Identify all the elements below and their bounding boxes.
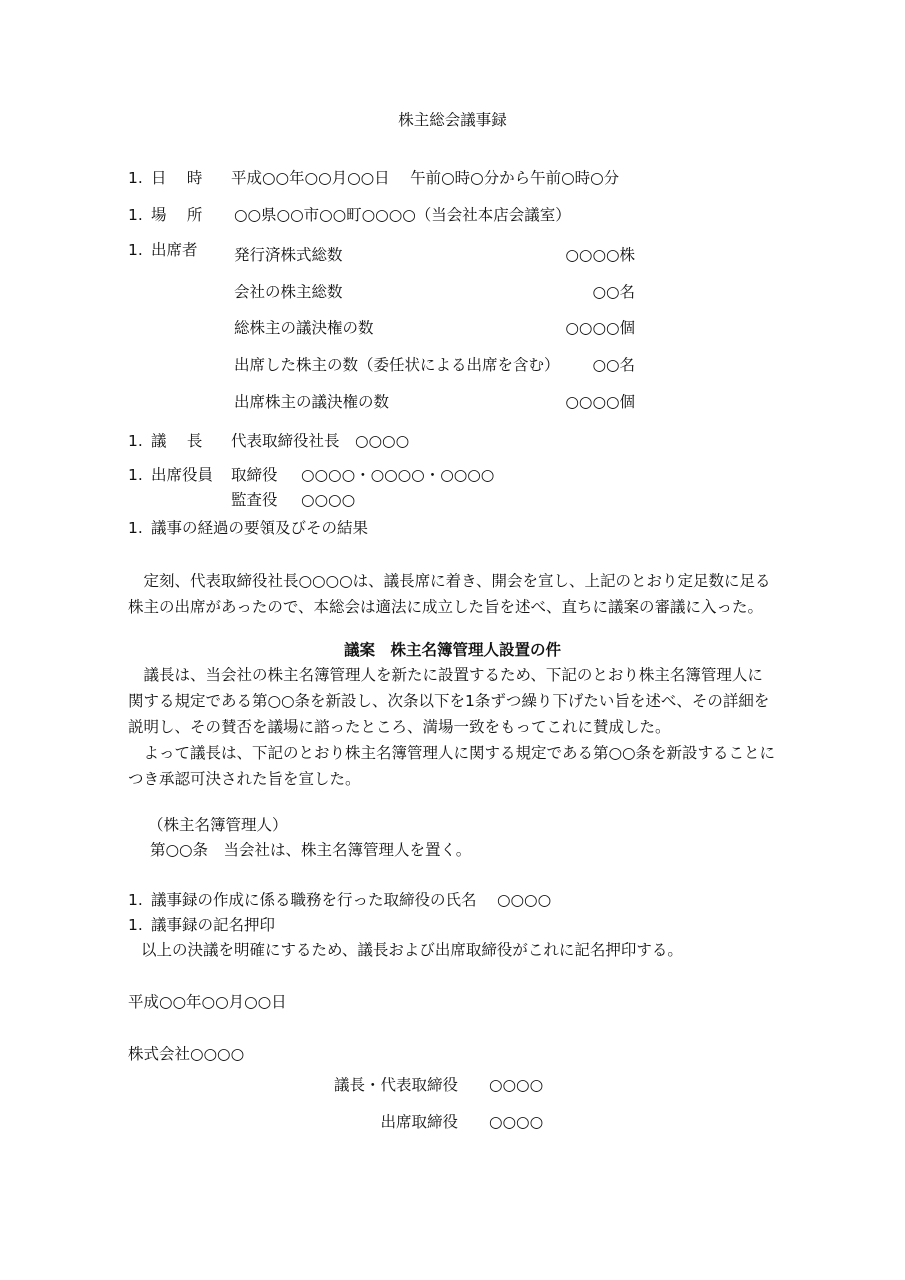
attendees-label: 出席者	[151, 240, 198, 260]
signature-section-text: 以上の決議を明確にするため、議長および出席取締役がこれに記名押印する。	[141, 940, 683, 960]
minutes-author-label: 議事録の作成に係る職務を行った取締役の氏名	[151, 890, 477, 910]
officer-role: 監査役	[231, 490, 278, 510]
signatory-name: ○○○○	[489, 1112, 543, 1132]
agenda-heading: 議案 株主名簿管理人設置の件	[0, 640, 905, 660]
company-name: 株式会社○○○○	[128, 1044, 244, 1064]
item-number: 1.	[128, 890, 143, 910]
attendee-row-value: ○○○○株	[565, 245, 635, 265]
document-date: 平成○○年○○月○○日	[128, 992, 287, 1012]
attendee-row-label: 総株主の議決権の数	[234, 318, 374, 338]
agenda-paragraph: 議長は、当会社の株主名簿管理人を新たに設置するため、下記のとおり株主名簿管理人に…	[128, 662, 778, 740]
item-number: 1.	[128, 240, 143, 260]
attendee-row-value: ○○名	[592, 282, 635, 302]
place-label: 場 所	[151, 205, 202, 225]
attendee-row-value: ○○○○個	[565, 318, 635, 338]
minutes-author-value: ○○○○	[497, 890, 551, 910]
datetime-label: 日 時	[151, 168, 202, 188]
attendee-row-value: ○○名	[592, 355, 635, 375]
attendee-row-label: 発行済株式総数	[234, 245, 343, 265]
item-number: 1.	[128, 518, 143, 538]
proceedings-label: 議事の経過の要領及びその結果	[151, 518, 368, 538]
article-text: 第○○条 当会社は、株主名簿管理人を置く。	[150, 840, 471, 860]
agenda-resolution-paragraph: よって議長は、下記のとおり株主名簿管理人に関する規定である第○○条を新設すること…	[128, 740, 778, 792]
officer-role: 取締役	[231, 465, 278, 485]
attendee-row-label: 会社の株主総数	[234, 282, 343, 302]
attendee-row-value: ○○○○個	[565, 392, 635, 412]
signatory-role: 出席取締役	[380, 1112, 458, 1132]
officer-names: ○○○○・○○○○・○○○○	[301, 465, 494, 485]
item-number: 1.	[128, 465, 143, 485]
datetime-value: 平成○○年○○月○○日 午前○時○分から午前○時○分	[231, 168, 619, 188]
signatory-role: 議長・代表取締役	[334, 1075, 458, 1095]
place-value: ○○県○○市○○町○○○○（当会社本店会議室）	[234, 205, 571, 225]
attendee-row-label: 出席した株主の数（委任状による出席を含む）	[234, 355, 560, 375]
opening-paragraph: 定刻、代表取締役社長○○○○は、議長席に着き、開会を宣し、上記のとおり定足数に足…	[128, 568, 778, 620]
item-number: 1.	[128, 431, 143, 451]
item-number: 1.	[128, 205, 143, 225]
officers-label: 出席役員	[151, 465, 213, 485]
item-number: 1.	[128, 915, 143, 935]
article-caption: （株主名簿管理人）	[148, 815, 288, 835]
attendee-row-label: 出席株主の議決権の数	[234, 392, 389, 412]
chair-value: 代表取締役社長 ○○○○	[231, 431, 409, 451]
item-number: 1.	[128, 168, 143, 188]
signatory-name: ○○○○	[489, 1075, 543, 1095]
signature-section-label: 議事録の記名押印	[151, 915, 275, 935]
officer-names: ○○○○	[301, 490, 355, 510]
chair-label: 議 長	[151, 431, 202, 451]
document-title: 株主総会議事録	[0, 110, 905, 130]
